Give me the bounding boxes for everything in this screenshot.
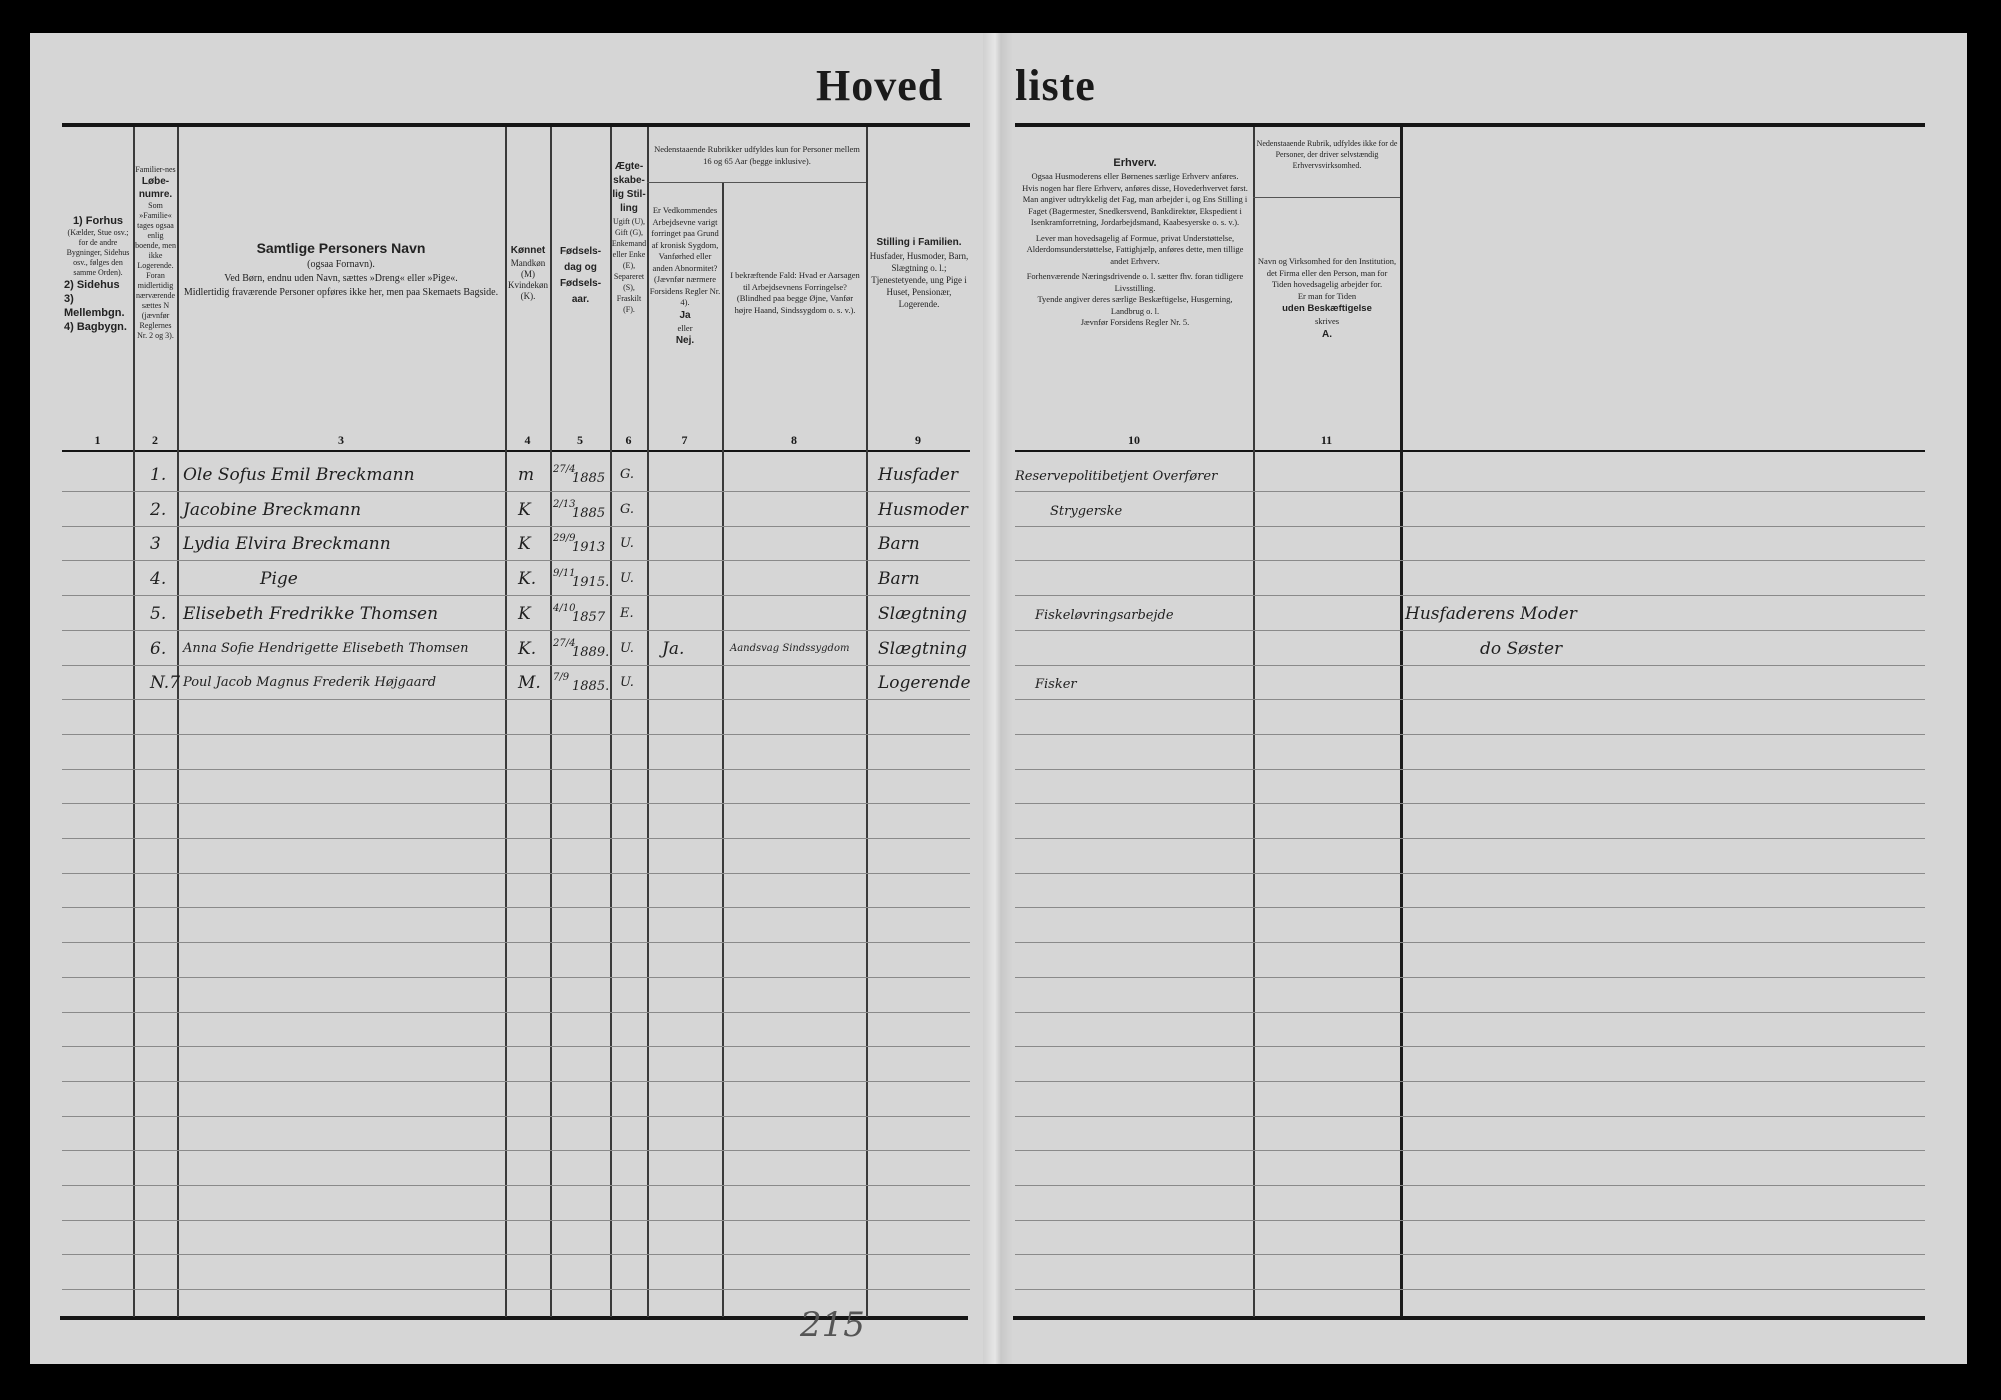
- header-bottom-rule-left: [62, 450, 970, 452]
- cell-occupation: Fiskeløvringsarbejde: [1035, 606, 1174, 626]
- ruled-line-left: [62, 1081, 970, 1082]
- ruled-line-right: [1015, 491, 1925, 492]
- header-col3-title: Samtlige Personers Navn: [180, 238, 502, 258]
- cell-nr: 1.: [150, 465, 166, 485]
- col-divider-11-12: [1400, 127, 1403, 1317]
- cell-marital: U.: [620, 673, 634, 693]
- cell-work-impaired: Ja.: [662, 639, 684, 659]
- header-col7-ja: Ja: [648, 309, 722, 323]
- ruled-line-right: [1015, 1116, 1925, 1117]
- header-col10-p2: Hvis nogen har flere Erhverv, anføres di…: [1020, 183, 1250, 195]
- cell-name: Lydia Elvira Breckmann: [183, 534, 391, 554]
- cell-remark: Husfaderens Moder: [1405, 604, 1577, 624]
- cell-marital: U.: [620, 534, 634, 554]
- title-word-1: Hoved: [816, 60, 943, 111]
- ruled-line-right: [1015, 838, 1925, 839]
- header-col11-a: A.: [1256, 328, 1398, 342]
- header-col78-group: Nedenstaaende Rubrikker udfyldes kun for…: [650, 143, 864, 167]
- ruled-line-left: [62, 907, 970, 908]
- header-col10-p5: Forhenværende Næringsdrivende o. l. sætt…: [1020, 271, 1250, 294]
- ruled-line-left: [62, 1046, 970, 1047]
- cell-remark: do Søster: [1480, 639, 1562, 659]
- header-col-11: Navn og Virksomhed for den Institution, …: [1256, 256, 1398, 342]
- header-col-7: Er Vedkommendes Arbejdsevne varigt forri…: [648, 205, 722, 348]
- cell-birth-day: 7/9: [553, 668, 569, 688]
- ruled-line-left: [62, 1185, 970, 1186]
- ruled-line-right: [1015, 595, 1925, 596]
- header-col-10: Erhverv. Ogsaa Husmoderens eller Børnene…: [1020, 155, 1250, 329]
- header-col10-p6: Tyende angiver deres særlige Beskæftigel…: [1020, 294, 1250, 317]
- page-annotation: 215: [800, 1305, 865, 1345]
- header-col-11-top: Nedenstaaende Rubrik, udfyldes ikke for …: [1256, 138, 1398, 171]
- ruled-line-right: [1015, 1289, 1925, 1290]
- header-col4-note: Mandkøn (M) Kvindekøn (K).: [506, 258, 550, 302]
- header-col11-body: Navn og Virksomhed for den Institution, …: [1256, 256, 1398, 291]
- cell-family-position: Barn: [878, 569, 920, 589]
- top-rule-right: [1015, 123, 1925, 127]
- ruled-line-left: [62, 560, 970, 561]
- ruled-line-left: [62, 803, 970, 804]
- col-number-3: 3: [177, 433, 505, 448]
- col-number-6: 6: [610, 433, 647, 448]
- header-col-1: 1) Forhus (Kælder, Stue osv.; for de and…: [64, 214, 132, 334]
- ruled-line-right: [1015, 734, 1925, 735]
- ruled-line-right: [1015, 526, 1925, 527]
- ruled-line-right: [1015, 873, 1925, 874]
- header-col10-p3: Man angiver udtrykkelig det Fag, man arb…: [1020, 194, 1250, 229]
- cell-sex: K: [518, 604, 531, 624]
- ruled-line-left: [62, 1220, 970, 1221]
- ruled-line-right: [1015, 699, 1925, 700]
- header-col-5: Fødsels-dag og Fødsels-aar.: [552, 244, 609, 308]
- ruled-line-left: [62, 942, 970, 943]
- header-col10-p4: Lever man hovedsagelig af Formue, privat…: [1020, 233, 1250, 268]
- ruled-line-left: [62, 665, 970, 666]
- header-bottom-rule-right: [1015, 450, 1925, 452]
- ruled-line-left: [62, 526, 970, 527]
- ruled-line-right: [1015, 630, 1925, 631]
- cell-nr: N.7: [150, 673, 180, 693]
- cell-occupation: Strygerske: [1050, 502, 1122, 522]
- header-col9-note: Husfader, Husmoder, Barn, Slægtning o. l…: [868, 250, 970, 310]
- col-number-2: 2: [133, 433, 177, 448]
- ruled-line-right: [1015, 977, 1925, 978]
- cell-name: Anna Sofie Hendrigette Elisebeth Thomsen: [183, 639, 468, 659]
- cell-sex: M.: [518, 673, 541, 693]
- header-col2-line1: Familier-nes: [134, 165, 177, 175]
- col-number-8: 8: [722, 433, 866, 448]
- header-col9-title: Stilling i Familien.: [868, 236, 970, 250]
- ruled-line-right: [1015, 1185, 1925, 1186]
- header-col3-line1: Ved Børn, endnu uden Navn, sættes »Dreng…: [180, 272, 502, 286]
- header-mellembgn: 3) Mellembgn.: [64, 292, 132, 320]
- page-fold: [983, 33, 1013, 1364]
- header-col2-note: Som »Familie« tages ogsaa enlig boende, …: [134, 201, 177, 341]
- ruled-line-right: [1015, 907, 1925, 908]
- ruled-line-right: [1015, 1220, 1925, 1221]
- header-col3-sub: (ogsaa Fornavn).: [180, 258, 502, 272]
- cell-birth-year: 1885.: [572, 677, 609, 697]
- cell-birth-year: 1885: [572, 469, 605, 489]
- cell-nr: 2.: [150, 500, 166, 520]
- ruled-line-right: [1015, 1254, 1925, 1255]
- col-number-11: 11: [1253, 433, 1400, 448]
- header-col-6: Ægte-skabe-lig Stil-ling Ugift (U), Gift…: [611, 160, 647, 315]
- cell-family-position: Husfader: [878, 465, 958, 485]
- ruled-line-right: [1015, 1081, 1925, 1082]
- ruled-line-left: [62, 595, 970, 596]
- header-col-9: Stilling i Familien. Husfader, Husmoder,…: [868, 236, 970, 310]
- ruled-line-left: [62, 1150, 970, 1151]
- col-number-9: 9: [866, 433, 970, 448]
- header-col5-title: Fødsels-dag og Fødsels-aar.: [552, 244, 609, 308]
- col78-group-rule: [647, 182, 866, 183]
- cell-name: Pige: [260, 569, 298, 589]
- title-word-2: liste: [1015, 60, 1096, 111]
- ruled-line-right: [1015, 803, 1925, 804]
- cell-marital: E.: [620, 604, 634, 624]
- ruled-line-right: [1015, 560, 1925, 561]
- cell-family-position: Barn: [878, 534, 920, 554]
- cell-birth-year: 1889.: [572, 643, 609, 663]
- ruled-line-left: [62, 1012, 970, 1013]
- ruled-line-right: [1015, 942, 1925, 943]
- cell-family-position: Slægtning: [878, 639, 967, 659]
- ruled-line-left: [62, 838, 970, 839]
- col-divider-10-11: [1253, 127, 1255, 1317]
- header-col10-title: Erhverv.: [1020, 155, 1250, 171]
- cell-name: Jacobine Breckmann: [183, 500, 361, 520]
- ruled-line-left: [62, 734, 970, 735]
- col-number-4: 4: [505, 433, 550, 448]
- cell-sex: K: [518, 534, 531, 554]
- header-col4-title: Kønnet: [506, 244, 550, 258]
- cell-sex: m: [518, 465, 534, 485]
- ruled-line-left: [62, 977, 970, 978]
- ruled-line-right: [1015, 1046, 1925, 1047]
- header-col7-note: Er Vedkommendes Arbejdsevne varigt forri…: [648, 205, 722, 309]
- cell-name: Ole Sofus Emil Breckmann: [183, 465, 415, 485]
- ruled-line-right: [1015, 1150, 1925, 1151]
- col-divider-2-3: [177, 127, 179, 1317]
- header-col11-body2: Er man for Tiden: [1256, 291, 1398, 303]
- cell-family-position: Slægtning: [878, 604, 967, 624]
- col-number-10: 10: [1015, 433, 1253, 448]
- header-forhus-note: (Kælder, Stue osv.; for de andre Bygning…: [64, 228, 132, 278]
- cell-marital: U.: [620, 639, 634, 659]
- cell-nr: 4.: [150, 569, 166, 589]
- header-bagbygn: 4) Bagbygn.: [64, 320, 132, 334]
- header-col-3: Samtlige Personers Navn (ogsaa Fornavn).…: [180, 238, 502, 300]
- header-sidehus: 2) Sidehus: [64, 278, 132, 292]
- header-col11-skrives: skrives: [1256, 316, 1398, 328]
- header-col-8: I bekræftende Fald: Hvad er Aarsagen til…: [728, 270, 862, 316]
- bottom-rule-right: [1013, 1316, 1925, 1320]
- header-forhus: 1) Forhus: [64, 214, 132, 228]
- cell-impairment-cause: Aandsvag Sindssygdom: [730, 639, 849, 659]
- cell-birth-year: 1857: [572, 608, 605, 628]
- cell-name: Poul Jacob Magnus Frederik Højgaard: [183, 673, 436, 693]
- header-col-4: Kønnet Mandkøn (M) Kvindekøn (K).: [506, 244, 550, 302]
- cell-sex: K.: [518, 639, 536, 659]
- cell-name: Elisebeth Fredrikke Thomsen: [183, 604, 438, 624]
- top-rule-left: [62, 123, 970, 127]
- cell-nr: 5.: [150, 604, 166, 624]
- ruled-line-left: [62, 873, 970, 874]
- ruled-line-left: [62, 1289, 970, 1290]
- cell-nr: 6.: [150, 639, 166, 659]
- cell-occupation: Reservepolitibetjent Overfører: [1015, 467, 1217, 487]
- ruled-line-right: [1015, 665, 1925, 666]
- header-col6-title: Ægte-skabe-lig Stil-ling: [611, 160, 647, 216]
- cell-marital: G.: [620, 500, 634, 520]
- ruled-line-left: [62, 1116, 970, 1117]
- header-col7-eller: eller: [648, 323, 722, 335]
- col-number-1: 1: [62, 433, 133, 448]
- header-col7-nej: Nej.: [648, 334, 722, 348]
- cell-occupation: Fisker: [1035, 675, 1077, 695]
- header-col10-p1: Ogsaa Husmoderens eller Børnenes særlige…: [1020, 171, 1250, 183]
- header-col6-note: Ugift (U), Gift (G), Enkemand eller Enke…: [611, 216, 647, 315]
- header-col2-bold: Løbe-numre.: [134, 175, 177, 201]
- cell-family-position: Husmoder: [878, 500, 968, 520]
- cell-marital: G.: [620, 465, 634, 485]
- ruled-line-right: [1015, 1012, 1925, 1013]
- ruled-line-left: [62, 630, 970, 631]
- cell-family-position: Logerende: [878, 673, 971, 693]
- ruled-line-left: [62, 769, 970, 770]
- cell-marital: U.: [620, 569, 634, 589]
- cell-nr: 3: [150, 534, 161, 554]
- cell-birth-year: 1913: [572, 538, 605, 558]
- header-col3-line2: Midlertidig fraværende Personer opføres …: [180, 286, 502, 300]
- cell-birth-year: 1885: [572, 504, 605, 524]
- ruled-line-left: [62, 1254, 970, 1255]
- cell-birth-year: 1915.: [572, 573, 609, 593]
- cell-sex: K.: [518, 569, 536, 589]
- header-col-2: Familier-nes Løbe-numre. Som »Familie« t…: [134, 165, 177, 341]
- ruled-line-left: [62, 699, 970, 700]
- col11-top-rule: [1253, 197, 1400, 198]
- col-divider-3-4: [505, 127, 507, 1317]
- col-divider-7-8: [722, 183, 724, 1317]
- header-col11-bold: uden Beskæftigelse: [1256, 302, 1398, 316]
- ruled-line-right: [1015, 769, 1925, 770]
- ruled-line-left: [62, 491, 970, 492]
- header-col10-p7: Jævnfør Forsidens Regler Nr. 5.: [1020, 317, 1250, 329]
- col-number-7: 7: [647, 433, 722, 448]
- col-number-5: 5: [550, 433, 610, 448]
- cell-sex: K: [518, 500, 531, 520]
